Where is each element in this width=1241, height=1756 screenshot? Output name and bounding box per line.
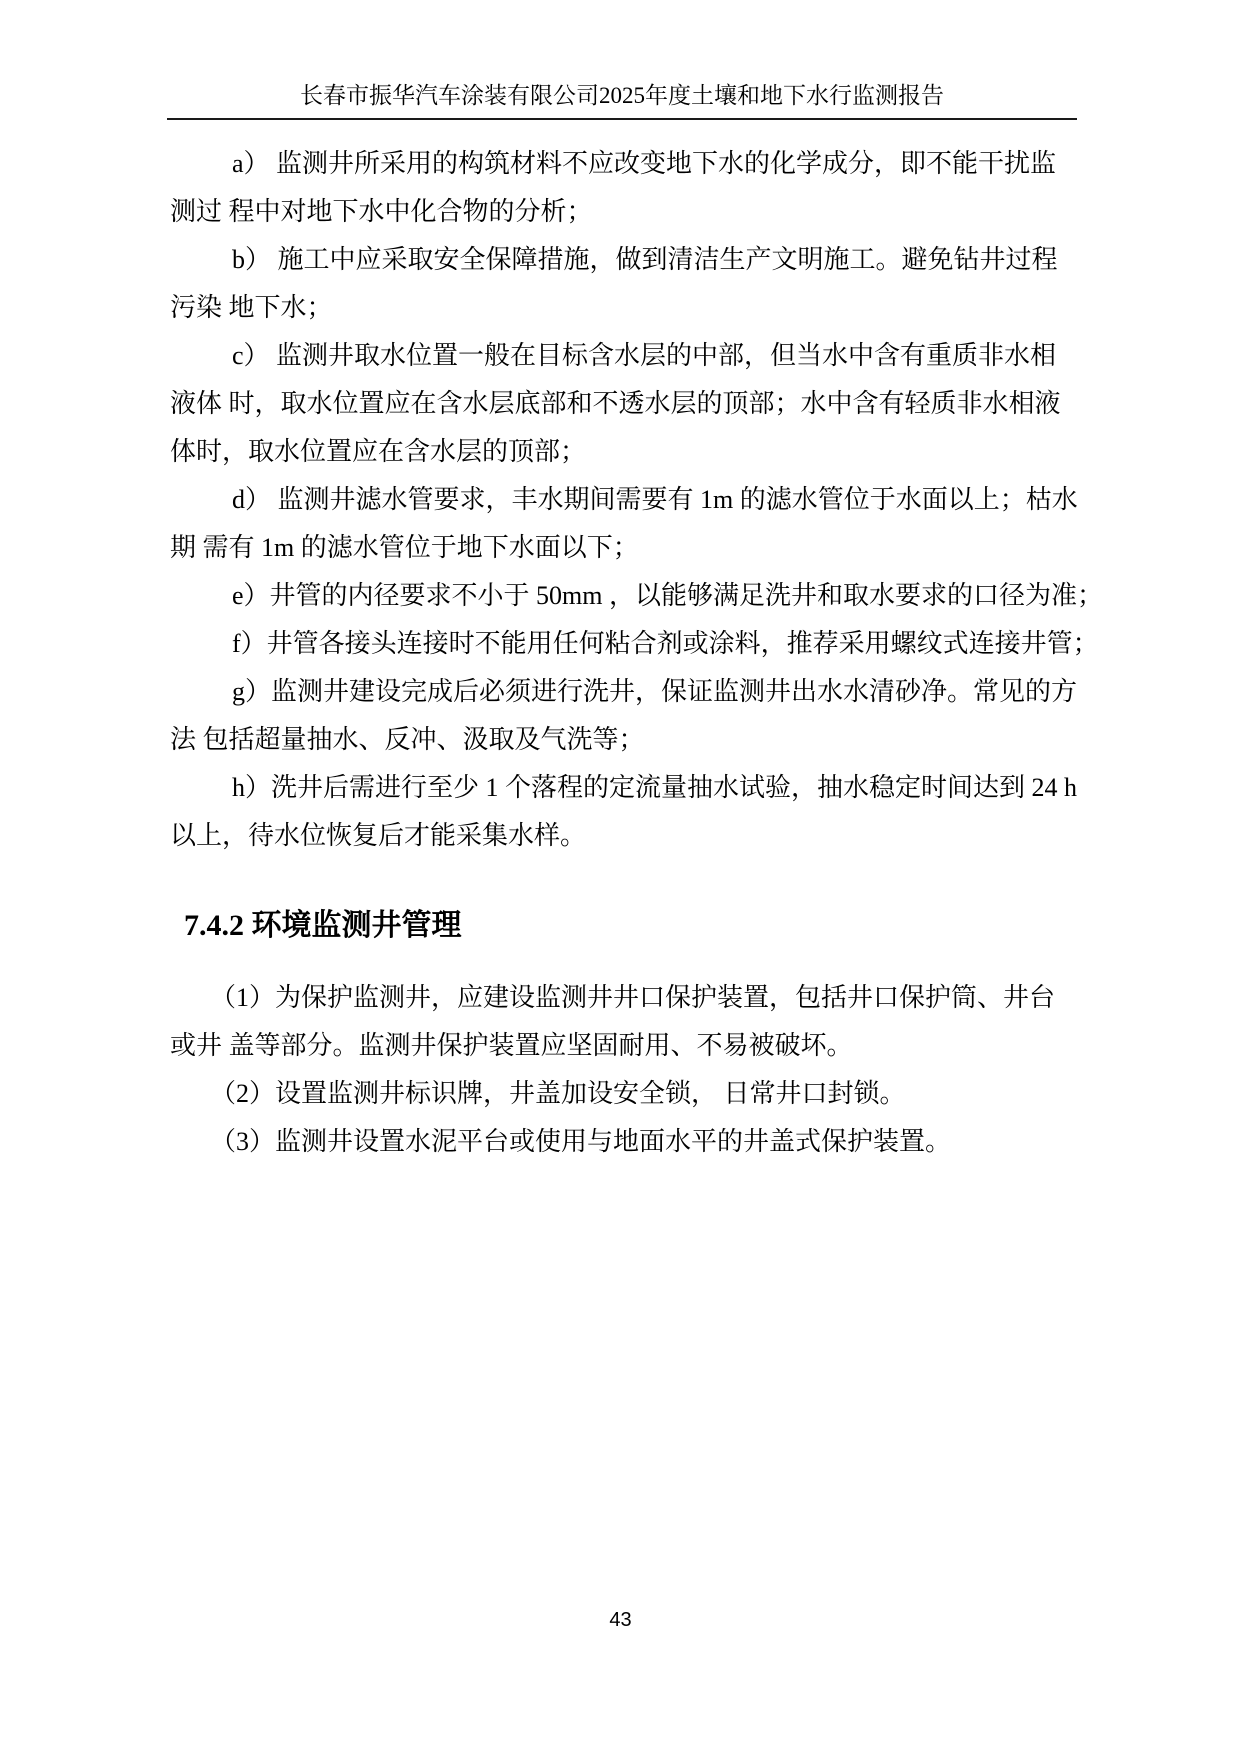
paragraph-line: 或井 盖等部分。监测井保护装置应坚固耐用、不易被破坏。 [170, 1022, 1077, 1070]
document-body: a） 监测井所采用的构筑材料不应改变地下水的化学成分，即不能干扰监测过 程中对地… [170, 140, 1077, 1166]
page-number: 43 [609, 1609, 631, 1631]
paragraph-c: c） 监测井取水位置一般在目标含水层的中部，但当水中含有重质非水相液体 时，取水… [170, 332, 1077, 476]
paragraph-line: （2）设置监测井标识牌，井盖加设安全锁， 日常井口封锁。 [170, 1070, 1077, 1118]
paragraph-line: a） 监测井所采用的构筑材料不应改变地下水的化学成分，即不能干扰监 [170, 140, 1077, 188]
section-heading: 7.4.2 环境监测井管理 [170, 902, 1077, 950]
paragraph-line: （3）监测井设置水泥平台或使用与地面水平的井盖式保护装置。 [170, 1118, 1077, 1166]
list-item-1: （1）为保护监测井，应建设监测井井口保护装置，包括井口保护筒、井台或井 盖等部分… [170, 974, 1077, 1070]
paragraph-line: g）监测井建设完成后必须进行洗井，保证监测井出水水清砂净。常见的方 [170, 668, 1077, 716]
paragraph-line: b） 施工中应采取安全保障措施，做到清洁生产文明施工。避免钻井过程 [170, 236, 1077, 284]
paragraph-line: 测过 程中对地下水中化合物的分析； [170, 188, 1077, 236]
page-footer: 43 [0, 1608, 1241, 1632]
paragraph-g: g）监测井建设完成后必须进行洗井，保证监测井出水水清砂净。常见的方法 包括超量抽… [170, 668, 1077, 764]
paragraph-line: 期 需有 1m 的滤水管位于地下水面以下； [170, 524, 1077, 572]
list-item-2: （2）设置监测井标识牌，井盖加设安全锁， 日常井口封锁。 [170, 1070, 1077, 1118]
paragraph-b: b） 施工中应采取安全保障措施，做到清洁生产文明施工。避免钻井过程污染 地下水； [170, 236, 1077, 332]
paragraph-line: （1）为保护监测井，应建设监测井井口保护装置，包括井口保护筒、井台 [170, 974, 1077, 1022]
paragraph-f: f）井管各接头连接时不能用任何粘合剂或涂料，推荐采用螺纹式连接井管； [170, 620, 1077, 668]
paragraph-line: 以上，待水位恢复后才能采集水样。 [170, 812, 1077, 860]
paragraph-line: d） 监测井滤水管要求，丰水期间需要有 1m 的滤水管位于水面以上；枯水 [170, 476, 1077, 524]
paragraph-a: a） 监测井所采用的构筑材料不应改变地下水的化学成分，即不能干扰监测过 程中对地… [170, 140, 1077, 236]
paragraph-line: h）洗井后需进行至少 1 个落程的定流量抽水试验，抽水稳定时间达到 24 h [170, 764, 1077, 812]
document-page: 长春市振华汽车涂装有限公司2025年度土壤和地下水行监测报告 a） 监测井所采用… [0, 0, 1241, 1756]
header-title: 长春市振华汽车涂装有限公司2025年度土壤和地下水行监测报告 [167, 82, 1077, 110]
paragraph-line: 污染 地下水； [170, 284, 1077, 332]
list-item-3: （3）监测井设置水泥平台或使用与地面水平的井盖式保护装置。 [170, 1118, 1077, 1166]
paragraph-line: 法 包括超量抽水、反冲、汲取及气洗等； [170, 716, 1077, 764]
paragraph-line: 液体 时，取水位置应在含水层底部和不透水层的顶部；水中含有轻质非水相液 [170, 380, 1077, 428]
paragraph-line: f）井管各接头连接时不能用任何粘合剂或涂料，推荐采用螺纹式连接井管； [170, 620, 1077, 668]
paragraph-e: e）井管的内径要求不小于 50mm ，以能够满足洗井和取水要求的口径为准； [170, 572, 1077, 620]
paragraph-line: c） 监测井取水位置一般在目标含水层的中部，但当水中含有重质非水相 [170, 332, 1077, 380]
paragraph-d: d） 监测井滤水管要求，丰水期间需要有 1m 的滤水管位于水面以上；枯水期 需有… [170, 476, 1077, 572]
page-header: 长春市振华汽车涂装有限公司2025年度土壤和地下水行监测报告 [167, 82, 1077, 120]
paragraph-h: h）洗井后需进行至少 1 个落程的定流量抽水试验，抽水稳定时间达到 24 h以上… [170, 764, 1077, 860]
paragraph-line: 体时，取水位置应在含水层的顶部； [170, 428, 1077, 476]
paragraph-line: e）井管的内径要求不小于 50mm ，以能够满足洗井和取水要求的口径为准； [170, 572, 1077, 620]
